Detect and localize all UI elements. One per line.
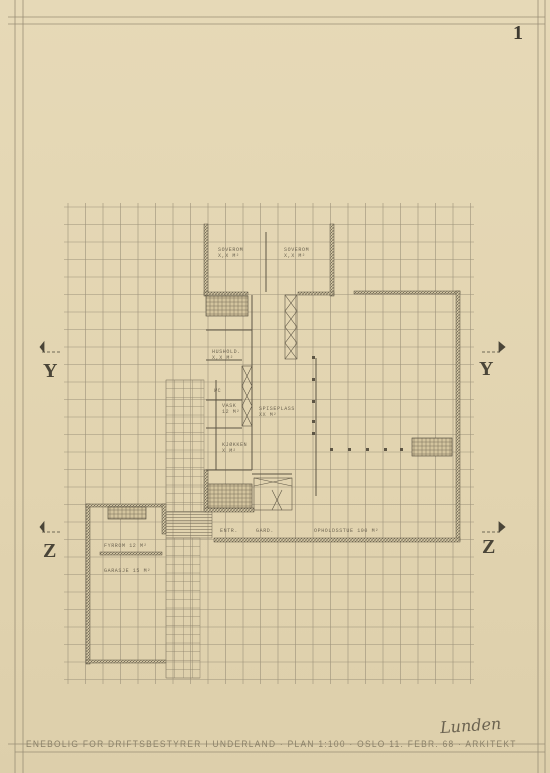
floor-plan-drawing [0,0,550,773]
room-label-kitchen: KJØKKEN X M² [222,442,247,454]
sheet-number: 1 [513,22,523,45]
room-label-household: HUSHOLD. X,X M² [212,349,241,361]
room-label-living-room: OPHOLDSSTUE 100 M² [314,528,379,534]
partitions [206,232,316,496]
title-block: ENEBOLIG FOR DRIFTSBESTYRER I UNDERLAND … [26,739,550,749]
room-label-wc: WC [214,388,221,394]
room-label-bedroom-left: SOVEROM X,X M² [218,247,243,259]
title-text: ENEBOLIG FOR DRIFTSBESTYRER I UNDERLAND … [26,739,517,749]
walls [86,224,460,664]
columns [312,356,403,451]
room-label-wardrobe: GARD. [256,528,274,534]
room-label-laundry: VASK 12 M² [222,403,240,415]
room-label-boiler-room: FYRROM 12 M² [104,543,147,549]
room-label-entrance: ENTR. [220,528,238,534]
section-marker-z-right: Z [482,536,495,559]
section-marker-y-left: Y [43,360,57,383]
drawing-sheet: 1 Y Y Z Z SOVEROM X,X M² SOVEROM X,X M² … [0,0,550,773]
section-marker-z-left: Z [43,540,56,563]
stairs [166,512,212,538]
room-label-dining: SPISEPLASS XX M² [259,406,295,418]
section-marker-y-right: Y [479,358,493,381]
room-label-garage: GARASJE 15 M² [104,568,151,574]
wardrobes [242,295,297,510]
room-label-bedroom-right: SOVEROM X,X M² [284,247,309,259]
